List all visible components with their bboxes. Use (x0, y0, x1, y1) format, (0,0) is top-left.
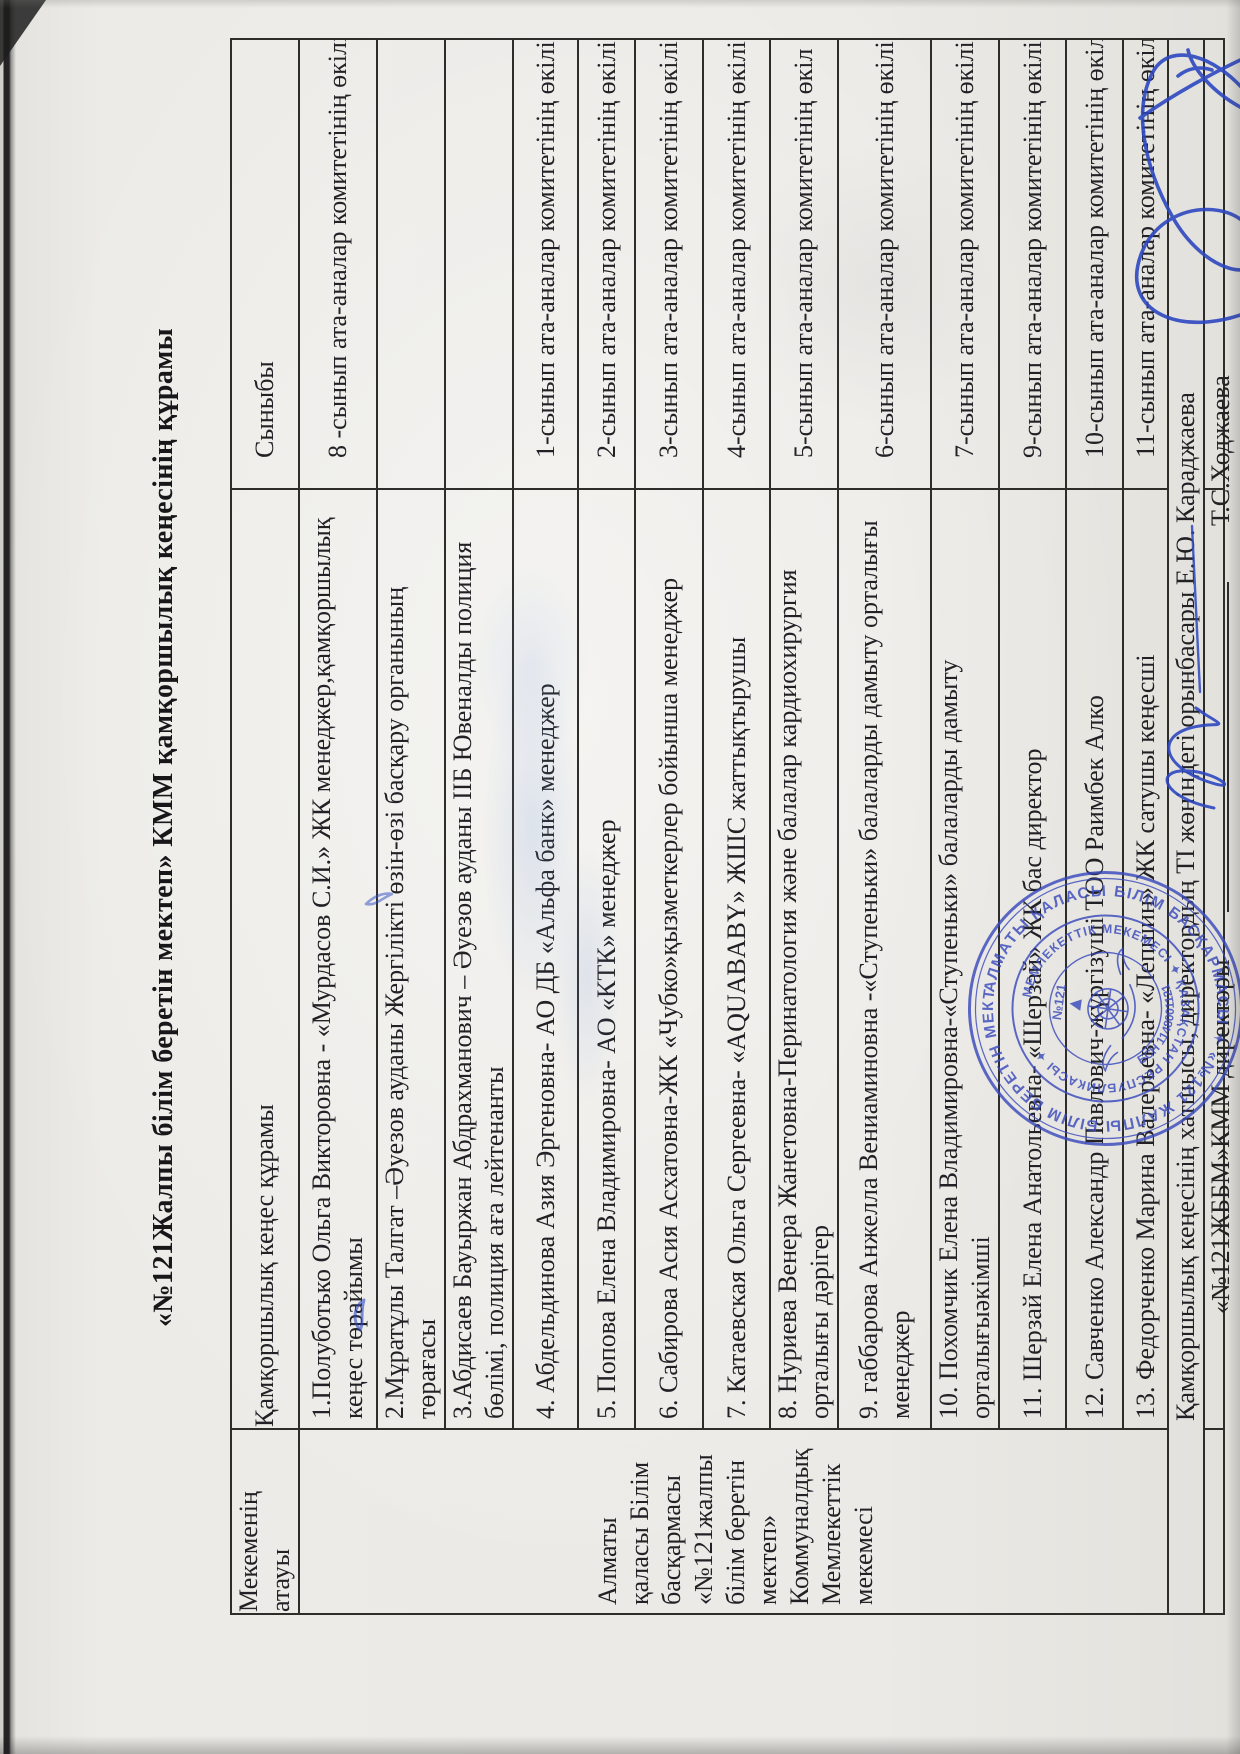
table-row: 5. Попова Елена Владимировна- АО «КТК» м… (578, 39, 635, 1614)
table-row: 7. Катаевская Ольга Сергеевна- «AQUABABY… (703, 39, 770, 1614)
scan-edge-shadow-top (0, 0, 1240, 8)
class-cell: 2-сынып ата-аналар комитетінің өкілі (578, 39, 635, 489)
class-cell: 8 -сынып ата-аналар комитетінің өкілі (299, 39, 377, 489)
table-row: 6. Сабирова Асия Асхатовна-ЖК «Чубко»қыз… (635, 39, 703, 1614)
class-cell: 1-сынып ата-аналар комитетінің өкілі (513, 39, 578, 489)
class-cell: 6-сынып ата-аналар комитетінің өкілі (838, 39, 931, 489)
member-cell: 5. Попова Елена Владимировна- АО «КТК» м… (578, 489, 635, 1429)
member-cell: 13. Федорченко Марина Валерьевна- «Лепши… (1123, 489, 1168, 1429)
rotated-document: «№121Жалпы білім беретін мектеп» КММ қам… (0, 0, 1240, 1714)
scanned-document-page: { "title": "«№121Жалпы білім беретін мек… (0, 0, 1240, 1754)
class-cell: 11-сынып ата-аналар комитетінің өкілі (1123, 39, 1168, 489)
header-class: Сыныбы (231, 39, 299, 489)
class-cell (377, 39, 445, 489)
trustees-table: Мекеменің атауы Қамқоршылық кеңес құрамы… (230, 38, 1225, 1615)
class-cell: 10-сынып ата-аналар комитетінің өкілі (1066, 39, 1123, 489)
secretary-note: Қамқоршылық кеңесінің хатшысы, директорд… (1168, 39, 1204, 1614)
table-header-row: Мекеменің атауы Қамқоршылық кеңес құрамы… (231, 39, 299, 1614)
table-row: 9. габбарова Анжелла Вениаминовна -«Ступ… (838, 39, 931, 1614)
member-cell: 2.Мұратұлы Талгат –Әуезов ауданы Жергілі… (377, 489, 445, 1429)
table-row: 8. Нуриева Венера Жанетовна-Перинатологи… (770, 39, 838, 1614)
member-cell: 10. Похомчик Елена Владимировна-«Ступень… (931, 489, 999, 1429)
table-row: 11. Шерзай Елена Анатольевна- «Шерзай» Ж… (999, 39, 1066, 1614)
member-cell: 8. Нуриева Венера Жанетовна-Перинатологи… (770, 489, 838, 1429)
scan-edge-shadow-right (1226, 0, 1240, 1754)
scan-edge-shadow-bottom (0, 1736, 1240, 1754)
class-cell: 3-сынып ата-аналар комитетінің өкілі (635, 39, 703, 489)
scan-edge-shadow-left (0, 0, 16, 1754)
institution-name-cell: Алматы қаласы Білім басқармасы «№121жалп… (299, 1429, 1168, 1614)
class-cell: 9-сынып ата-аналар комитетінің өкілі (999, 39, 1066, 489)
member-cell: 11. Шерзай Елена Анатольевна- «Шерзай» Ж… (999, 489, 1066, 1429)
table-row: 3.Абдисаев Бауыржан Абдрахманович – Әуез… (445, 39, 513, 1614)
member-cell: 6. Сабирова Асия Асхатовна-ЖК «Чубко»қыз… (635, 489, 703, 1429)
empty-cell (1204, 1429, 1224, 1614)
member-cell: 1.Полуботько Ольга Викторовна - «Мурдасо… (299, 489, 377, 1429)
member-cell: 12. Савченко Александр Павлович-жүргізуш… (1066, 489, 1123, 1429)
table-row: 2.Мұратұлы Талгат –Әуезов ауданы Жергілі… (377, 39, 445, 1614)
member-cell: 3.Абдисаев Бауыржан Абдрахманович – Әуез… (445, 489, 513, 1429)
class-cell (445, 39, 513, 489)
table-footer-row: Қамқоршылық кеңесінің хатшысы, директорд… (1168, 39, 1204, 1614)
class-cell: 4-сынып ата-аналар комитетінің өкілі (703, 39, 770, 489)
table-row: Алматы қаласы Білім басқармасы «№121жалп… (299, 39, 377, 1614)
table-row: 4. Абдельдинова Азия Эргеновна- АО ДБ «А… (513, 39, 578, 1614)
page-title: «№121Жалпы білім беретін мектеп» КММ қам… (148, 40, 180, 1615)
table-row: 10. Похомчик Елена Владимировна-«Ступень… (931, 39, 999, 1614)
table-row: 12. Савченко Александр Павлович-жүргізуш… (1066, 39, 1123, 1614)
class-cell: 7-сынып ата-аналар комитетінің өкілі (931, 39, 999, 489)
member-cell: 9. габбарова Анжелла Вениаминовна -«Ступ… (838, 489, 931, 1429)
header-institution: Мекеменің атауы (231, 1429, 299, 1614)
class-cell: 5-сынып ата-аналар комитетінің өкіл (770, 39, 838, 489)
member-cell: 4. Абдельдинова Азия Эргеновна- АО ДБ «А… (513, 489, 578, 1429)
member-cell: 7. Катаевская Ольга Сергеевна- «AQUABABY… (703, 489, 770, 1429)
table-row: 13. Федорченко Марина Валерьевна- «Лепши… (1123, 39, 1168, 1614)
header-council: Қамқоршылық кеңес құрамы (231, 489, 299, 1429)
